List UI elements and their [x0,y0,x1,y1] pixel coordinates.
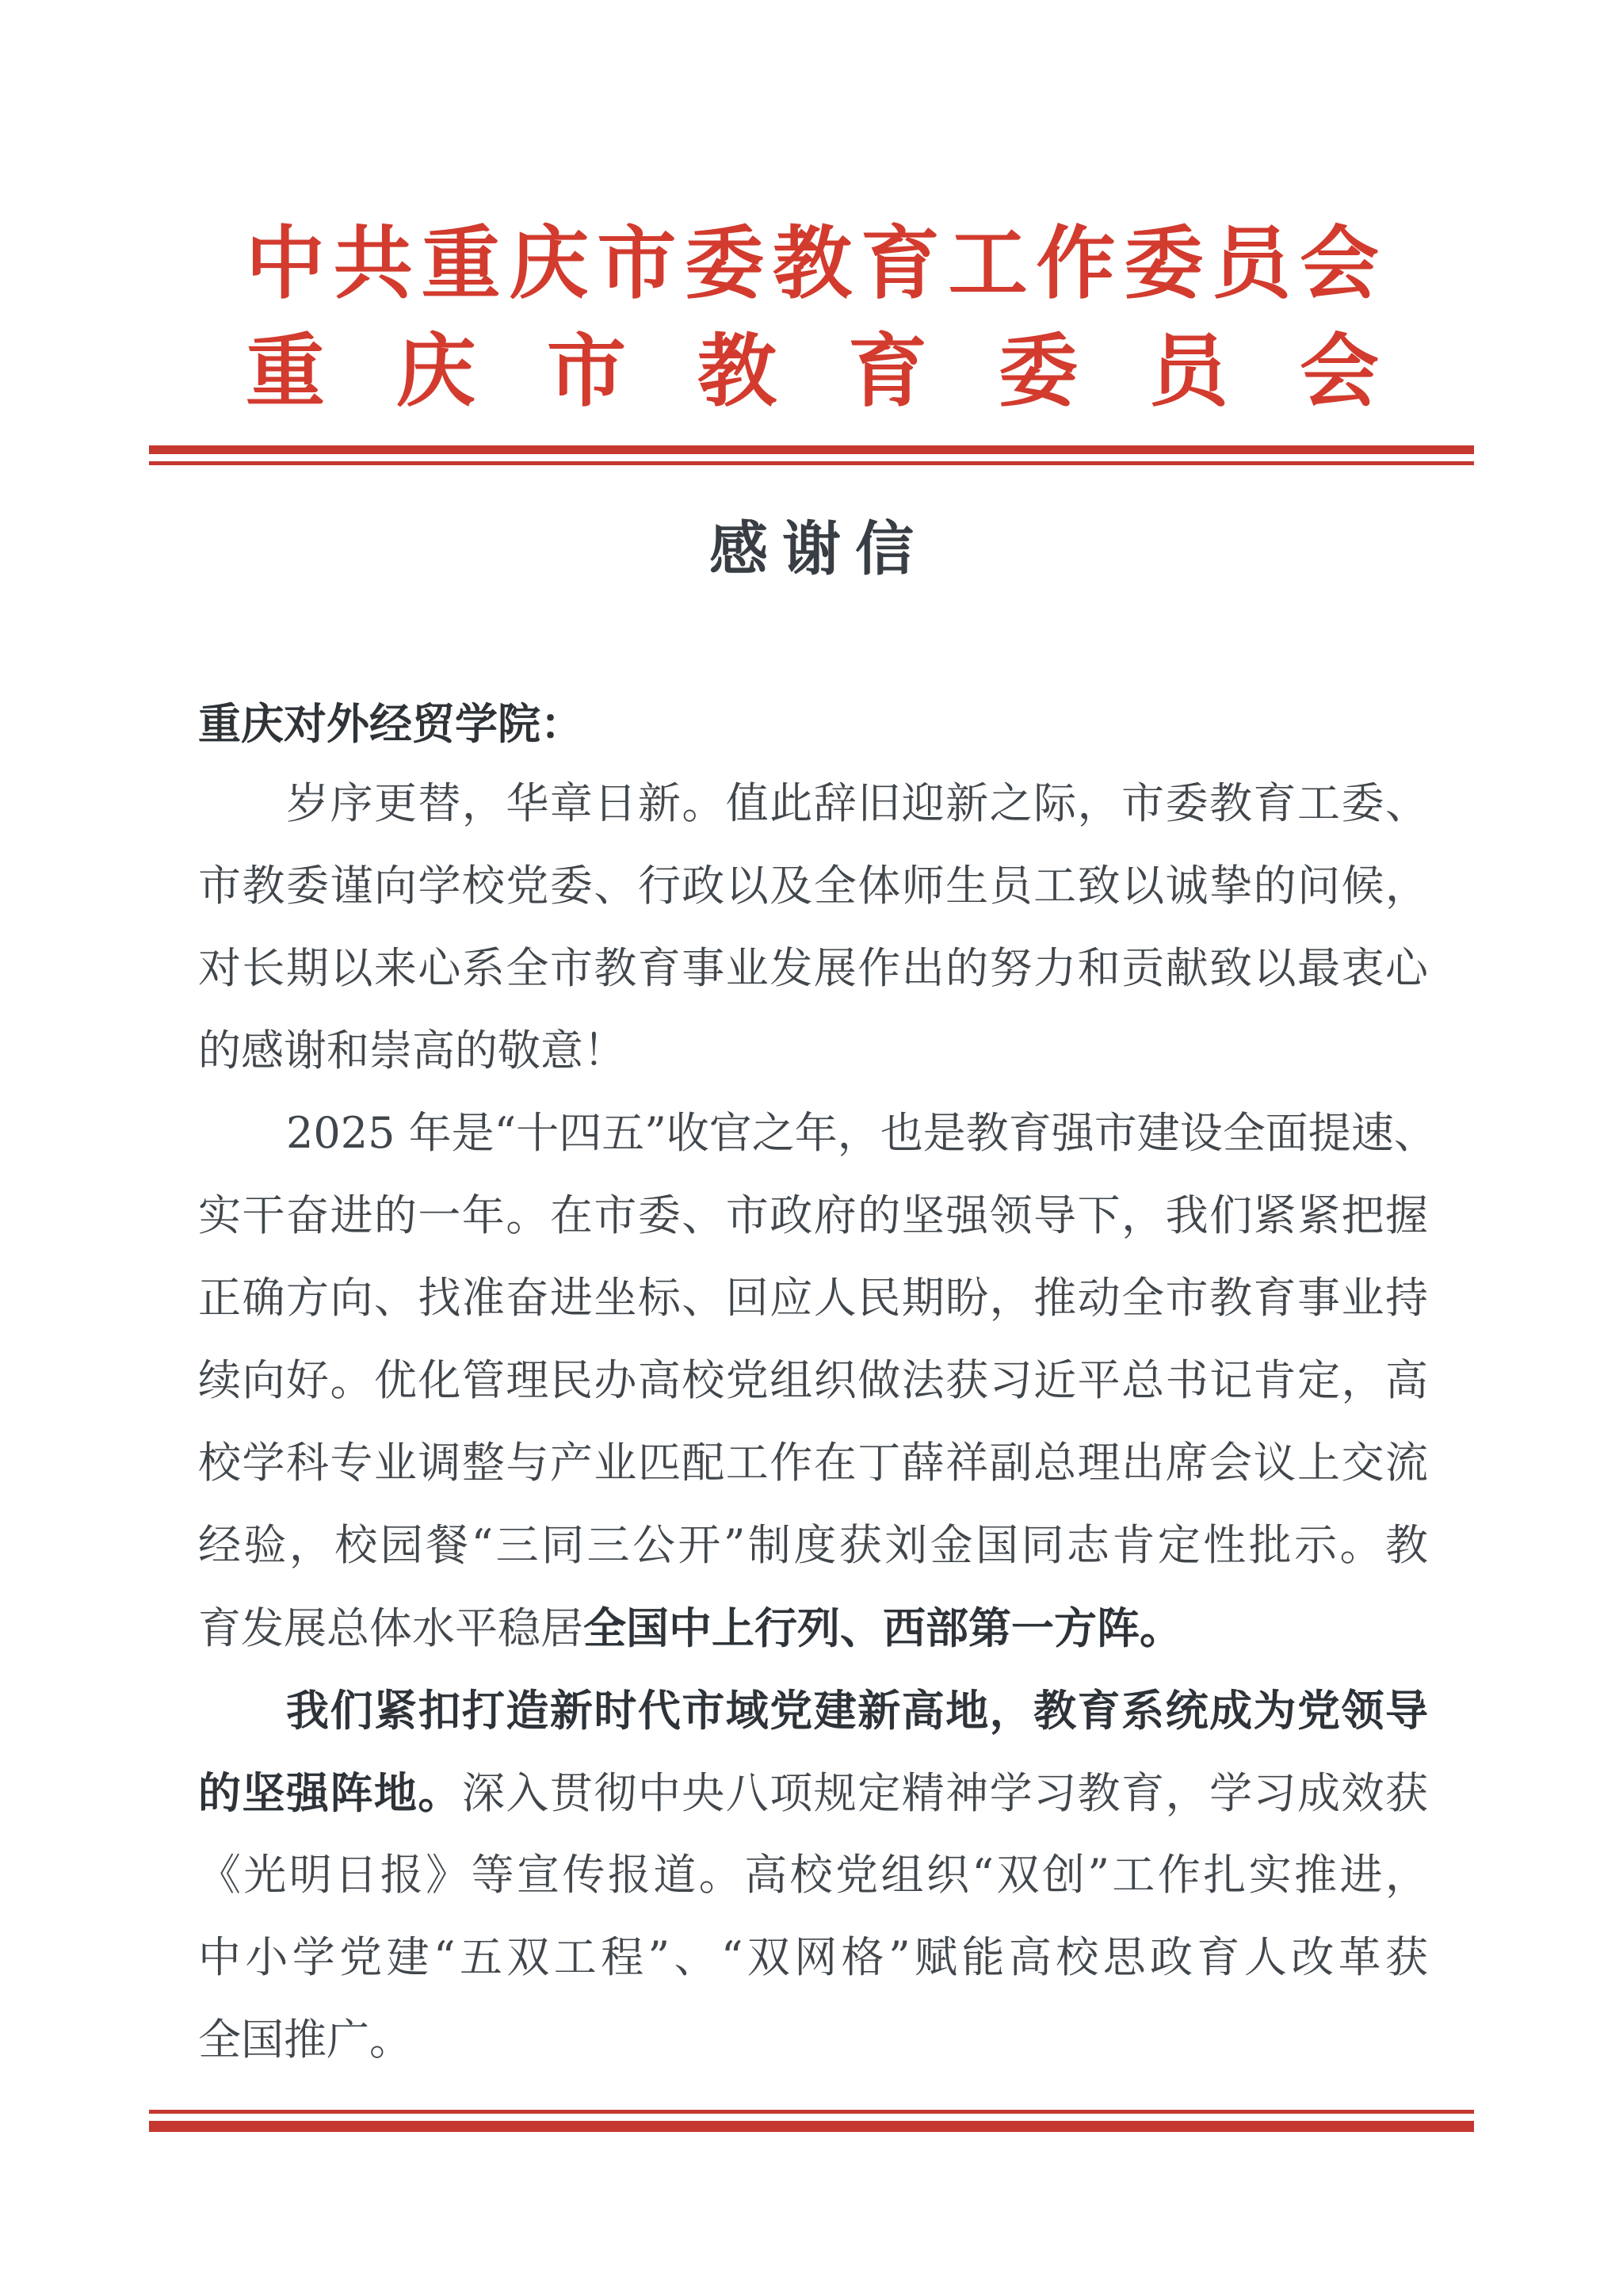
body-text: 全国推广。 [198,2015,412,2065]
body-line: 的感谢和崇高的敬意！ [198,1010,1428,1092]
letterhead-rule-thick [149,445,1474,454]
letter-page: 中共重庆市委教育工作委员会 重庆市教育委员会 感谢信 重庆对外经贸学院： 岁序更… [0,0,1623,2296]
body-text: 《光明日报》等宣传报道。高校党组织“双创”工作扎实推进， [198,1850,1428,1900]
org-name-line-1: 中共重庆市委教育工作委员会 [246,219,1379,308]
body-text: 对长期以来心系全市教育事业发展作出的努力和贡献致以最衷心 [198,943,1428,993]
org-name-line-2: 重庆市教育委员会 [246,327,1379,415]
body-line: 校学科专业调整与产业匹配工作在丁薛祥副总理出席会议上交流 [198,1422,1428,1504]
body-text: 的感谢和崇高的敬意！ [198,1026,626,1075]
letterhead-rule-thin [149,461,1474,465]
salutation: 重庆对外经贸学院： [198,697,583,751]
body-line: 岁序更替，华章日新。值此辞旧迎新之际，市委教育工委、 [198,762,1428,845]
body-text-bold: 的坚强阵地。 [198,1767,462,1818]
letter-title: 感谢信 [0,511,1623,587]
body-line: 《光明日报》等宣传报道。高校党组织“双创”工作扎实推进， [198,1834,1428,1916]
body-text: 正确方向、找准奋进坐标、回应人民期盼，推动全市教育事业持 [198,1273,1428,1323]
body-line: 育发展总体水平稳居全国中上行列、西部第一方阵。 [198,1587,1428,1669]
body-text: 经验，校园餐“三同三公开”制度获刘金国同志肯定性批示。教 [198,1520,1428,1570]
letter-body: 岁序更替，华章日新。值此辞旧迎新之际，市委教育工委、市教委谨向学校党委、行政以及… [198,762,1428,2081]
body-line: 市教委谨向学校党委、行政以及全体师生员工致以诚挚的问候， [198,845,1428,927]
body-line: 正确方向、找准奋进坐标、回应人民期盼，推动全市教育事业持 [198,1257,1428,1339]
body-line: 实干奋进的一年。在市委、市政府的坚强领导下，我们紧紧把握 [198,1175,1428,1257]
body-text: 市教委谨向学校党委、行政以及全体师生员工致以诚挚的问候， [198,861,1428,911]
body-text: 深入贯彻中央八项规定精神学习教育，学习成效获 [462,1768,1428,1818]
body-text: 续向好。优化管理民办高校党组织做法获习近平总书记肯定，高 [198,1355,1428,1405]
body-line: 全国推广。 [198,1999,1428,2081]
body-text-bold: 我们紧扣打造新时代市域党建新高地，教育系统成为党领导 [286,1685,1428,1736]
body-line: 经验，校园餐“三同三公开”制度获刘金国同志肯定性批示。教 [198,1504,1428,1587]
body-text: 岁序更替，华章日新。值此辞旧迎新之际，市委教育工委、 [286,778,1428,828]
body-line: 对长期以来心系全市教育事业发展作出的努力和贡献致以最衷心 [198,927,1428,1010]
body-line: 的坚强阵地。深入贯彻中央八项规定精神学习教育，学习成效获 [198,1752,1428,1834]
body-text: 育发展总体水平稳居 [198,1603,583,1653]
body-line: 我们紧扣打造新时代市域党建新高地，教育系统成为党领导 [198,1669,1428,1752]
body-text: 2025 年是“十四五”收官之年，也是教育强市建设全面提速、 [286,1108,1437,1158]
footer-rule-thick [149,2121,1474,2132]
body-text-bold: 全国中上行列、西部第一方阵。 [583,1603,1182,1653]
body-line: 中小学党建“五双工程”、“双网格”赋能高校思政育人改革获 [198,1916,1428,1999]
body-text: 校学科专业调整与产业匹配工作在丁薛祥副总理出席会议上交流 [198,1438,1428,1488]
body-line: 续向好。优化管理民办高校党组织做法获习近平总书记肯定，高 [198,1339,1428,1422]
body-line: 2025 年是“十四五”收官之年，也是教育强市建设全面提速、 [198,1092,1428,1175]
body-text: 实干奋进的一年。在市委、市政府的坚强领导下，我们紧紧把握 [198,1190,1428,1240]
body-text: 中小学党建“五双工程”、“双网格”赋能高校思政育人改革获 [198,1932,1428,1982]
footer-rule-thin [149,2110,1474,2114]
